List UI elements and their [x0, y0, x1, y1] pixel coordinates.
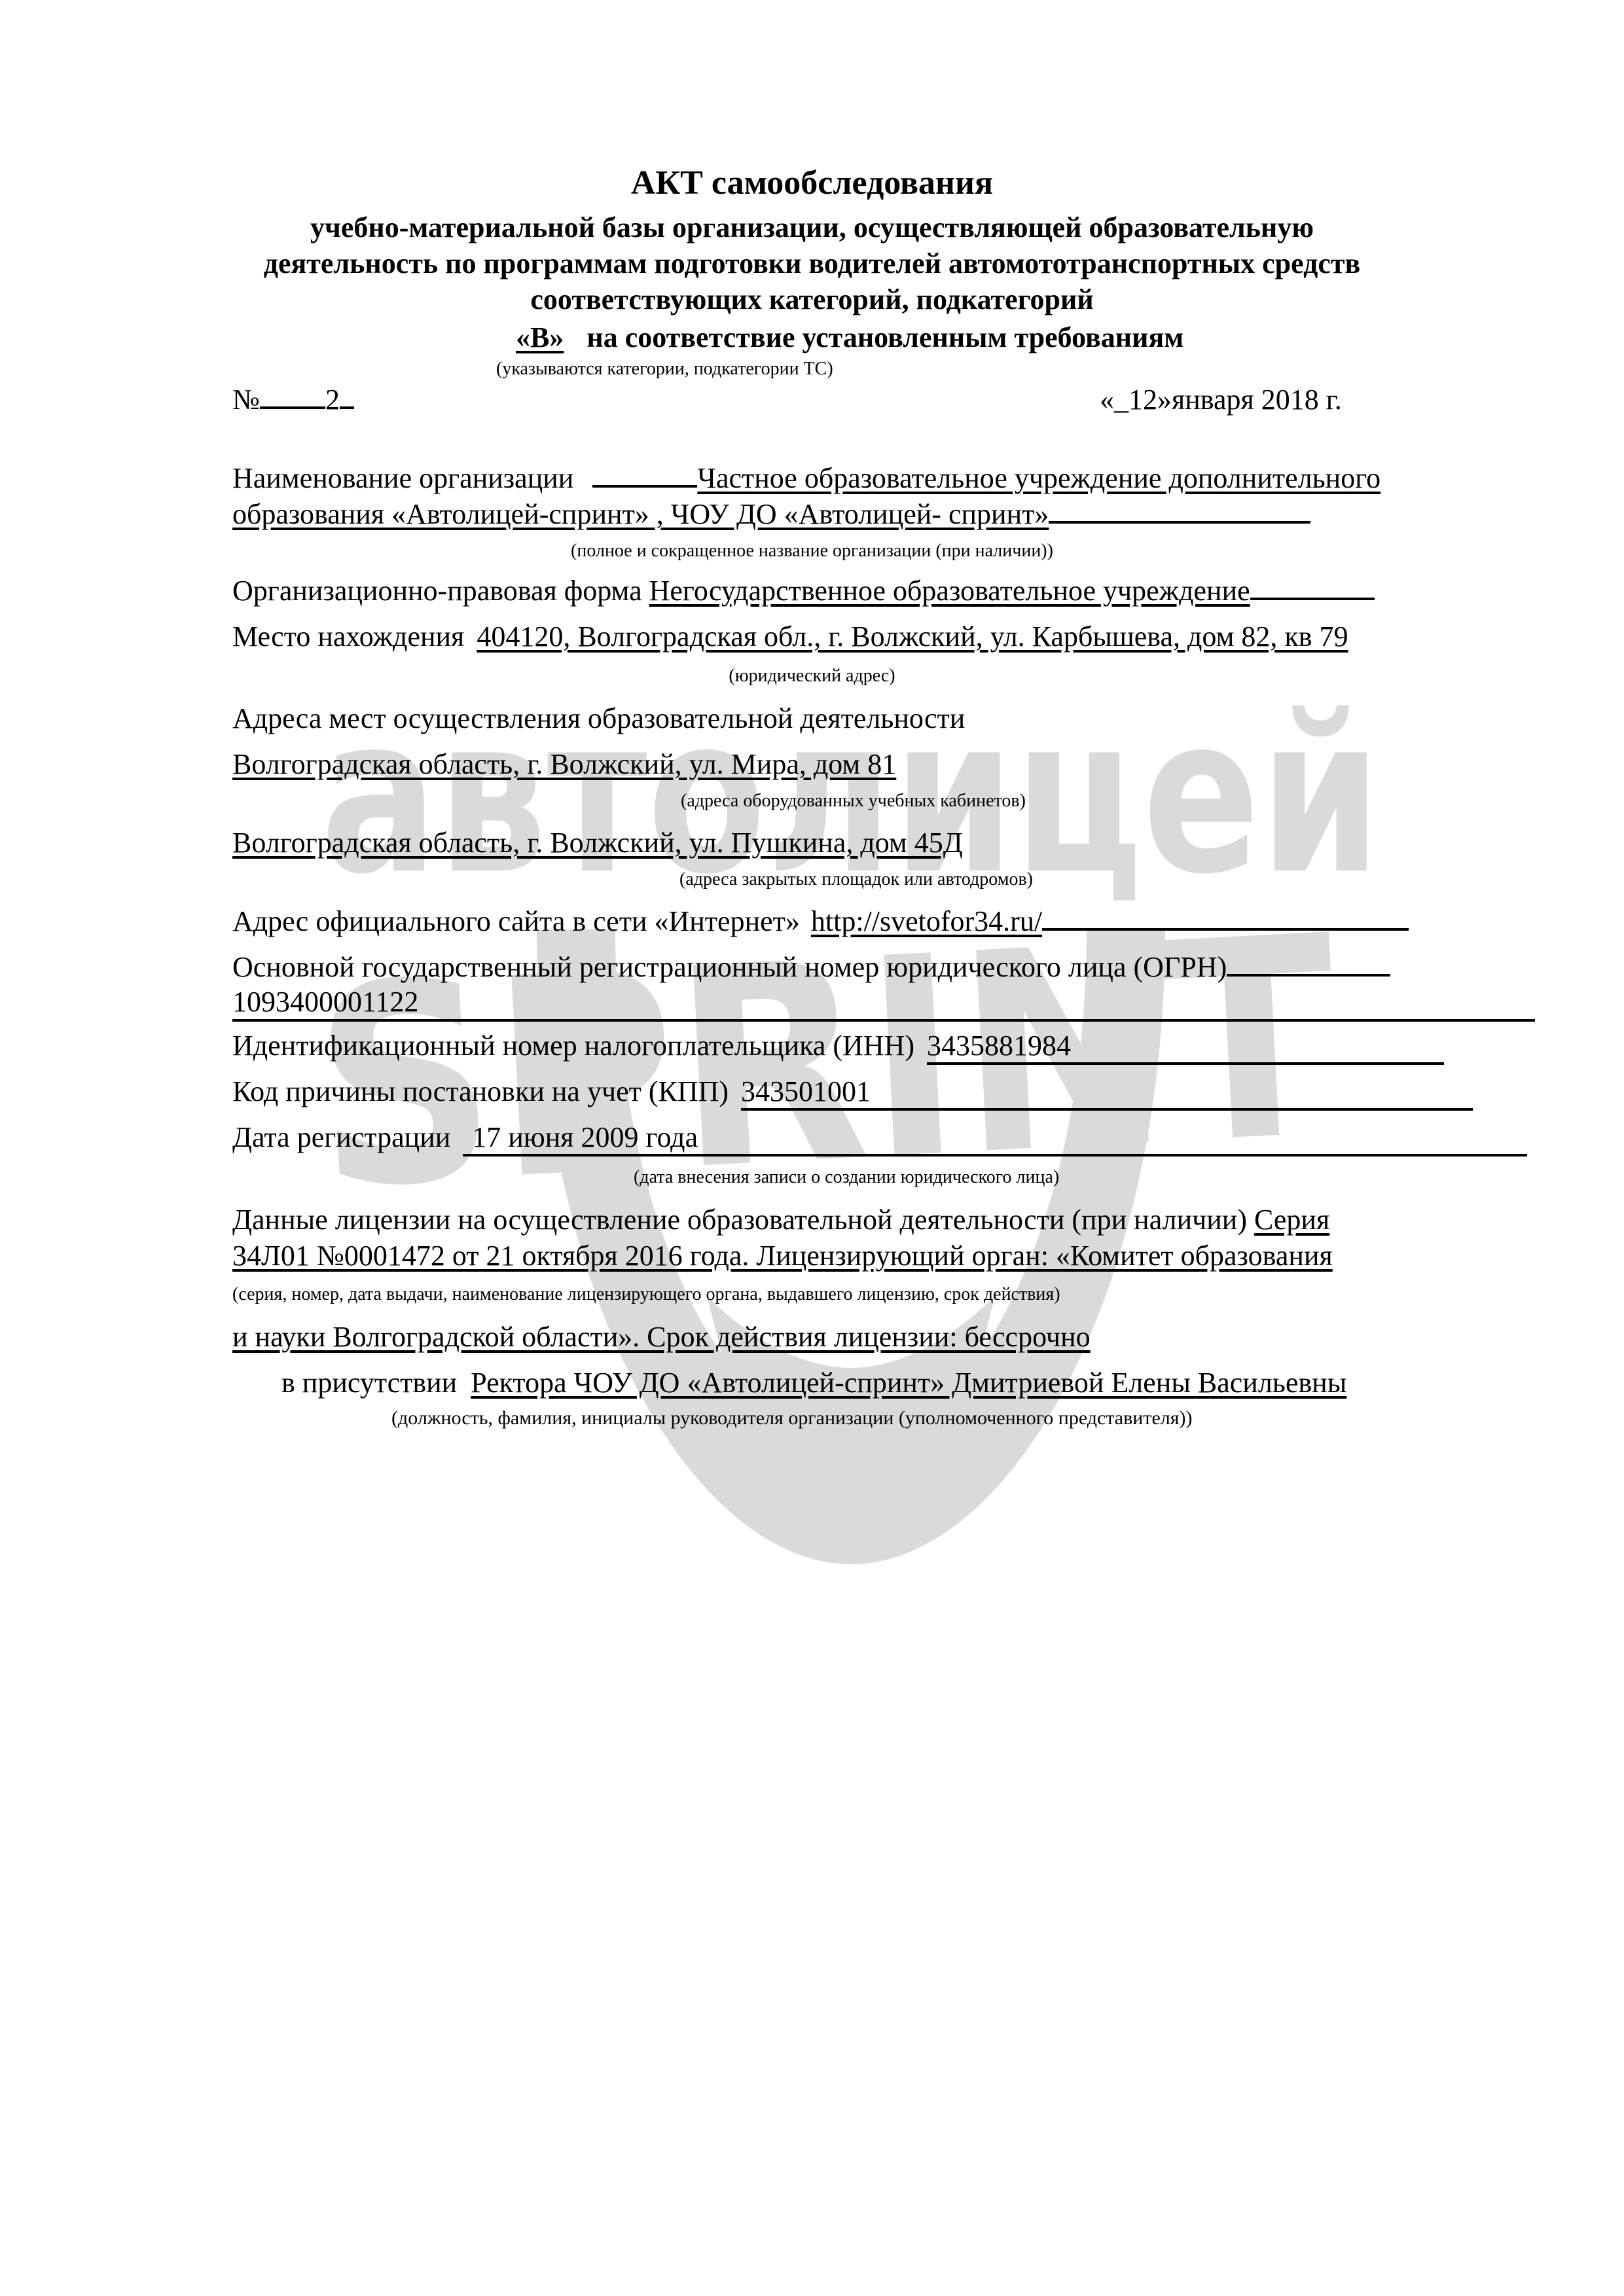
org-name-row: Наименование организации Частное образов… — [232, 461, 1380, 495]
subtitle-line-2: деятельность по программам подготовки во… — [0, 247, 1624, 280]
document-title: АКТ самообследования — [0, 164, 1624, 202]
location-row: Место нахождения 404120, Волгоградская о… — [232, 620, 1348, 653]
org-name-value-2: образования «Автолицей-спринт» , ЧОУ ДО … — [232, 498, 1049, 530]
location-label: Место нахождения — [232, 620, 464, 653]
category-row: «В» на соответствие установленным требов… — [504, 321, 1183, 354]
reg-date-label: Дата регистрации — [232, 1121, 450, 1153]
grounds-note: (адреса закрытых площадок или автодромов… — [679, 869, 1033, 890]
website-row: Адрес официального сайта в сети «Интерне… — [232, 905, 1409, 938]
presence-value: Ректора ЧОУ ДО «Автолицей-спринт» Дмитри… — [471, 1367, 1346, 1399]
activity-addresses-label: Адреса мест осуществления образовательно… — [232, 702, 965, 735]
license-note: (серия, номер, дата выдачи, наименование… — [232, 1284, 1060, 1305]
location-value: 404120, Волгоградская обл., г. Волжский,… — [477, 620, 1348, 653]
category-note: (указываются категории, подкатегории ТС) — [496, 359, 833, 380]
category-value: «В» — [504, 321, 564, 353]
license-label: Данные лицензии на осуществление образов… — [232, 1204, 1247, 1236]
inn-row: Идентификационный номер налогоплательщик… — [232, 1029, 1444, 1065]
inn-label: Идентификационный номер налогоплательщик… — [232, 1030, 914, 1062]
website-label: Адрес официального сайта в сети «Интерне… — [232, 905, 800, 937]
subtitle-line-1: учебно-материальной базы организации, ос… — [0, 211, 1624, 244]
reg-date-value: 17 июня 2009 года — [472, 1121, 698, 1153]
license-row-3: и науки Волгоградской области». Срок дей… — [232, 1320, 1091, 1354]
ogrn-row: Основной государственный регистрационный… — [232, 950, 1390, 984]
presence-row: в присутствии Ректора ЧОУ ДО «Автолицей-… — [281, 1366, 1346, 1399]
classrooms-note: (адреса оборудованных учебных кабинетов) — [681, 791, 1026, 812]
legal-form-value: Негосударственное образовательное учрежд… — [649, 575, 1250, 607]
grounds-address: Волгоградская область, г. Волжский, ул. … — [232, 826, 963, 859]
reg-date-row: Дата регистрации 17 июня 2009 года — [232, 1121, 1527, 1157]
ogrn-label: Основной государственный регистрационный… — [232, 951, 1227, 983]
classrooms-address: Волгоградская область, г. Волжский, ул. … — [232, 747, 896, 781]
org-name-note: (полное и сокращенное название организац… — [0, 541, 1624, 562]
license-row-1: Данные лицензии на осуществление образов… — [232, 1203, 1329, 1236]
org-name-row-2: образования «Автолицей-спринт» , ЧОУ ДО … — [232, 497, 1310, 531]
location-note: (юридический адрес) — [0, 666, 1624, 687]
inn-value: 3435881984 — [927, 1030, 1071, 1062]
category-suffix: на соответствие установленным требования… — [586, 321, 1183, 353]
subtitle-line-3: соответствующих категорий, подкатегорий — [0, 283, 1624, 316]
act-number-value: 2 — [325, 384, 340, 416]
org-name-label: Наименование организации — [232, 462, 573, 494]
presence-note: (должность, фамилия, инициалы руководите… — [391, 1407, 1193, 1429]
kpp-value: 343501001 — [741, 1075, 871, 1107]
license-value-3: и науки Волгоградской области». Срок дей… — [232, 1321, 1091, 1353]
license-row-2: 34Л01 №0001472 от 21 октября 2016 года. … — [232, 1239, 1333, 1272]
reg-date-note: (дата внесения записи о создании юридиче… — [634, 1167, 1059, 1188]
ogrn-value: 1093400001122 — [232, 985, 1535, 1022]
license-value-1: Серия — [1254, 1204, 1329, 1236]
kpp-row: Код причины постановки на учет (КПП) 343… — [232, 1075, 1473, 1111]
kpp-label: Код причины постановки на учет (КПП) — [232, 1075, 729, 1107]
legal-form-row: Организационно-правовая форма Негосударс… — [232, 574, 1375, 607]
act-date: «_12»января 2018 г. — [1100, 383, 1342, 416]
act-number: №2 — [232, 383, 354, 416]
legal-form-label: Организационно-правовая форма — [232, 575, 642, 607]
org-name-value-1: Частное образовательное учреждение допол… — [697, 462, 1380, 494]
website-link[interactable]: http://svetofor34.ru/ — [811, 905, 1042, 937]
license-value-2: 34Л01 №0001472 от 21 октября 2016 года. … — [232, 1240, 1333, 1272]
presence-label: в присутствии — [281, 1367, 457, 1399]
